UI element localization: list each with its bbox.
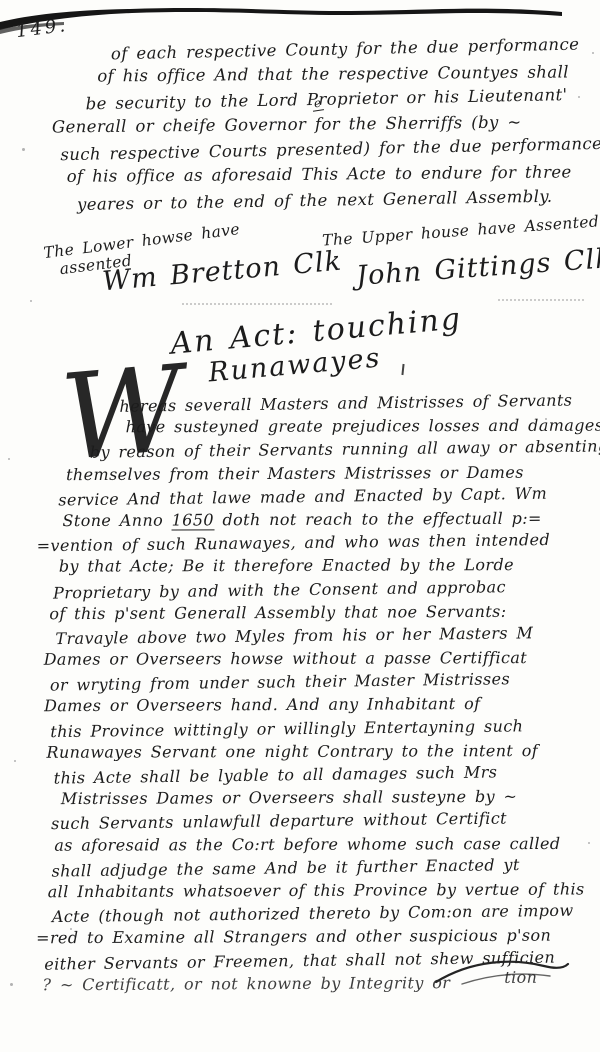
underlined-year: 1650 [172, 510, 214, 530]
year-line-post: doth not reach to the effectuall p:= [214, 509, 542, 530]
scan-speck [588, 842, 590, 844]
scan-speck [30, 300, 32, 302]
year-line-pre: Stone Anno [62, 510, 171, 530]
manuscript-page: 149. of each respective County for the d… [0, 0, 600, 1052]
scan-speck [14, 760, 16, 762]
scan-speck [578, 96, 580, 98]
scan-speck [10, 983, 13, 986]
scan-edge-artifact [0, 0, 600, 36]
scan-speck [8, 458, 10, 460]
scan-noise-dashes [182, 303, 332, 305]
final-line-main: ? ~ Certificatt, or not knowne by Integr… [42, 973, 450, 994]
flourish-mark [432, 954, 572, 988]
scan-speck [592, 52, 594, 54]
scan-speck [22, 148, 25, 151]
upper-house-assent: The Upper house have Assented [322, 212, 600, 249]
stray-ink-mark [401, 364, 404, 375]
scan-noise-dashes [498, 299, 584, 301]
scan-speck [545, 418, 547, 420]
signature-john-gittings: John Gittings Clk [355, 243, 600, 292]
interlinear-insertion-mark: e [311, 95, 324, 111]
previous-act-closing-paragraph: of each respective County for the due pe… [0, 36, 600, 220]
act-body-paragraph: hereas severall Masters and Mistrisses o… [0, 391, 600, 999]
scan-speck [70, 928, 72, 930]
